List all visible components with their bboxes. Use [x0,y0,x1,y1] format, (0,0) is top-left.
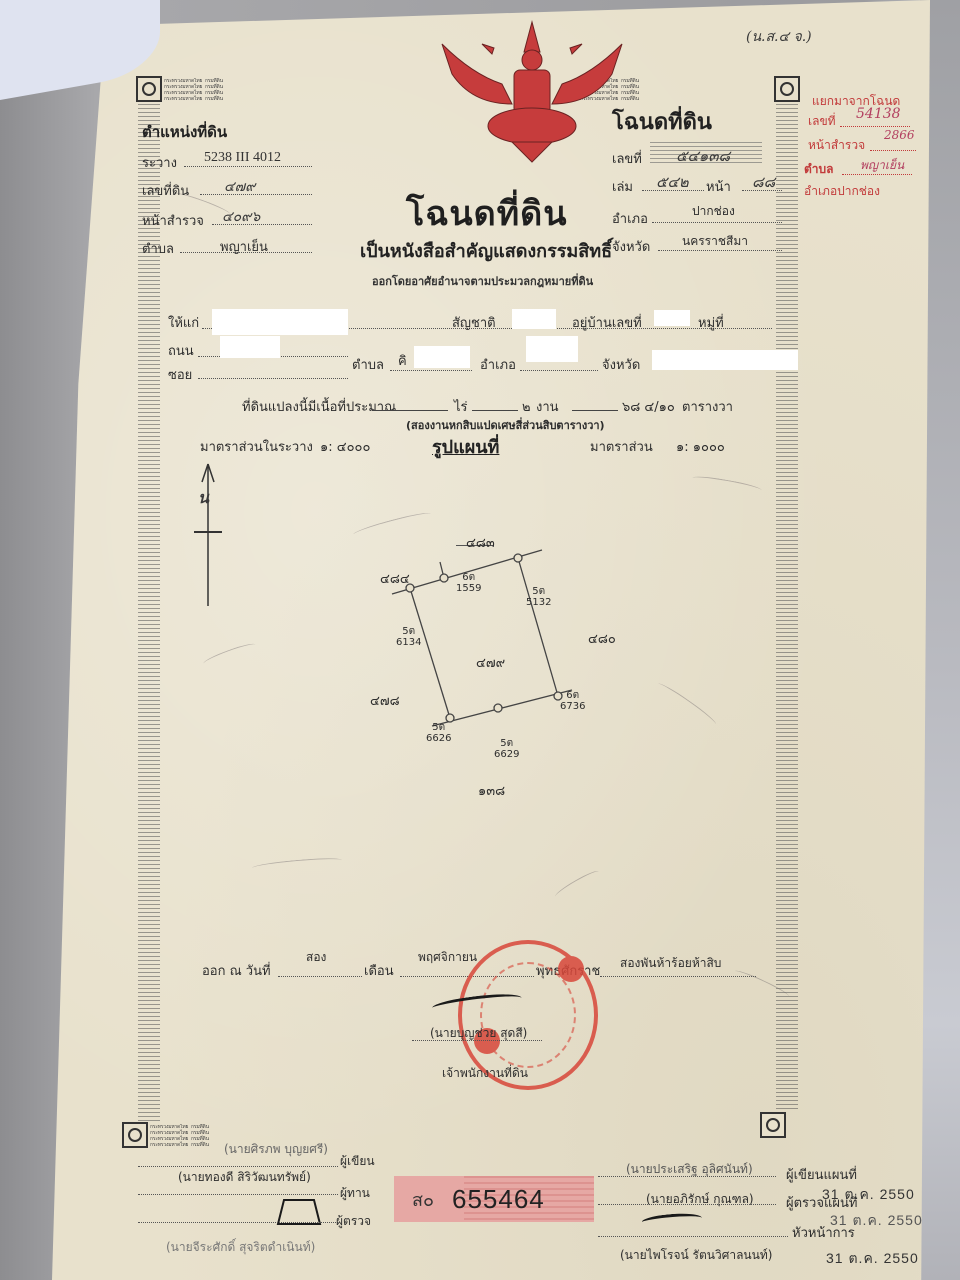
map-scale-left-label: มาตราส่วนในระวาง [200,436,313,457]
marker-1559: 6ต1559 [456,572,481,594]
issued-month-label: เดือน [364,960,394,981]
deed-district-label: อำเภอ [612,208,648,229]
issued-month-value: พฤศจิกายน [418,948,477,967]
neighbor-north: ๔๘๓ [466,532,495,553]
wa-label: ตารางวา [682,396,733,417]
dotted-line [840,126,910,127]
neighbor-east: ๔๘๐ [588,628,616,649]
inspector-name: (นายจีระศักดิ์ สุจริตดำเนินท์) [166,1238,315,1257]
issued-year-value: สองพันห้าร้อยห้าสิบ [620,954,721,973]
deed-district-value: ปากช่อง [692,202,735,221]
paper-fiber [352,510,431,538]
dotted-line [184,166,312,167]
serial-number-box: ส๐ 655464 [394,1176,594,1222]
dotted-line [138,1166,338,1167]
transfer-note-district: อำเภอปากช่อง [804,182,880,201]
road-label: ถนน [168,340,194,361]
wa-value: ๖๘ ๔/๑๐ [622,396,675,417]
marker-6626: 5ต6626 [426,722,451,744]
serial-number: 655464 [452,1184,545,1215]
map-scale-right-label: มาตราส่วน [590,436,653,457]
paper-fiber [202,641,256,667]
dotted-line [600,976,756,977]
map-writer-role: ผู้เขียนแผนที่ [786,1164,857,1185]
field-label-ravang: ระวาง [142,152,177,173]
moo-label: หมู่ที่ [698,312,724,333]
corner-ornament-icon [122,1122,148,1148]
district-label: อำเภอ [480,354,516,375]
checker-role: ผู้ทาน [340,1184,370,1203]
form-code: (น.ส.๔ จ.) [746,26,812,48]
checker-name: (นายทองดี สิริวัฒนทรัพย์) [178,1168,311,1187]
subdistrict-initial: คิ [398,350,407,371]
paper-fiber [692,474,762,494]
redacted-nationality [512,309,556,329]
rai-label: ไร่ [454,396,468,417]
marker-6736: 6ต6736 [560,690,585,712]
deed-province-label: จังหวัด [612,236,650,257]
parcel-number: ๔๗๙ [476,652,505,673]
document-subtitle-legal: ออกโดยอาศัยอำนาจตามประมวลกฎหมายที่ดิน [372,272,593,290]
subdistrict-label: ตำบล [352,354,384,375]
dotted-line [138,1194,338,1195]
ngan-line [472,410,518,411]
field-label-survey-page: หน้าสำรวจ [142,210,204,231]
dotted-line [138,1222,338,1223]
marker-6134: 5ต6134 [396,626,421,648]
deed-number-value: ๕๔๑๓๘ [676,144,730,168]
document-subtitle: เป็นหนังสือสำคัญแสดงกรรมสิทธิ์ [360,236,612,265]
deed-page-value: ๘๘ [752,170,775,194]
transfer-note-number-value: 54138 [856,106,901,122]
redacted-subdistrict [414,346,470,368]
transfer-note-subdistrict-value: พญาเย็น [860,156,904,175]
marker-5132: 5ต5132 [526,586,551,608]
north-label: น [198,486,209,511]
land-location-heading: ตำแหน่งที่ดิน [142,120,227,144]
dotted-line [598,1236,788,1237]
officer-name: (นายบุญช่วย สุดสี) [430,1024,527,1043]
corner-ornament-icon [774,76,800,102]
serial-prefix: ส๐ [412,1185,434,1214]
map-title: รูปแผนที่ [432,432,499,461]
chief-signature [642,1211,703,1229]
redacted-road [220,336,280,358]
marker-6629: 5ต6629 [494,738,519,760]
redacted-owner-name [212,309,348,335]
microprint-top-left: กระทรวงมหาดไทย กรมที่ดินกระทรวงมหาดไทย ก… [164,78,424,102]
redacted-district [526,336,578,362]
deed-book-value: ๕๔๒ [656,170,689,194]
corner-ornament-icon [760,1112,786,1138]
grant-to-label: ให้แก่ [168,312,199,333]
field-label-land-number: เลขที่ดิน [142,180,189,201]
field-value-subdistrict: พญาเย็น [220,236,268,257]
dotted-line [652,222,782,223]
deed-province-value: นครราชสีมา [682,232,748,251]
deed-number-label: เลขที่ [612,148,642,169]
corner-ornament-icon [136,76,162,102]
microprint-right [776,104,798,1112]
redacted-house-number [654,310,690,326]
map-checker-name: (นายอภิรักษ์ กุณฑล) [646,1190,754,1209]
field-value-land-number: ๔๗๙ [224,176,255,198]
transfer-note-subdistrict-label: ตำบล [804,160,834,179]
ngan-value: ๒ [522,396,531,417]
soi-label: ซอย [168,364,192,385]
issued-date-label: ออก ณ วันที่ [202,960,271,981]
redacted-province [652,350,798,370]
neighbor-south: ๑๓๘ [478,780,505,801]
transfer-note-survey-value: 2866 [884,128,915,142]
deed-heading: โฉนดที่ดิน [612,104,712,139]
paper-fiber [553,868,600,900]
writer-role: ผู้เขียน [340,1152,375,1171]
issued-day-value: สอง [306,948,326,967]
transfer-note-survey-label: หน้าสำรวจ [808,136,865,155]
field-value-survey-page: ๔๐๙๖ [222,206,260,228]
garuda-emblem-icon [432,14,632,164]
dotted-line [198,378,348,379]
map-writer-name: (นายประเสริฐ อุลิศนันท์) [626,1160,753,1179]
address-label: อยู่บ้านเลขที่ [572,312,642,333]
rai-line [372,410,448,411]
wa-line [572,410,618,411]
dotted-line [870,150,916,151]
chief-role: หัวหน้าการ [792,1222,855,1243]
transfer-note-number-label: เลขที่ [808,112,836,131]
area-intro: ที่ดินแปลงนี้มีเนื้อที่ประมาณ [242,396,396,417]
nationality-label: สัญชาติ [452,312,496,333]
paper-fiber [252,856,342,872]
writer-name: (นายศิรภพ บุญยศรี) [224,1140,328,1159]
document-title: โฉนดที่ดิน [406,186,567,240]
field-label-subdistrict: ตำบล [142,238,174,259]
neighbor-west: ๔๗๘ [370,690,400,711]
paper-fiber [656,681,718,728]
province-label: จังหวัด [602,354,640,375]
chief-name: (นายไพโรจน์ รัตนวิศาลนนท์) [620,1246,772,1265]
neighbor-north-west: ๔๘๔ [380,568,410,589]
map-scale-right-value: ๑: ๑๐๐๐ [676,436,725,457]
ngan-label: งาน [536,396,559,417]
deed-book-label: เล่ม [612,176,633,197]
chief-date: 31 ต.ค. 2550 [826,1248,919,1270]
north-arrow-icon [188,460,228,610]
dotted-line [520,370,598,371]
dotted-line [200,194,312,195]
land-title-deed: กระทรวงมหาดไทย กรมที่ดินกระทรวงมหาดไทย ก… [52,0,930,1280]
field-value-ravang: 5238 III 4012 [204,150,281,166]
deed-page-label: หน้า [706,176,731,197]
inspector-role: ผู้ตรวจ [336,1212,371,1231]
officer-title: เจ้าพนักงานที่ดิน [442,1064,528,1083]
map-scale-left-value: ๑: ๔๐๐๐ [320,436,370,457]
dotted-line [278,976,362,977]
